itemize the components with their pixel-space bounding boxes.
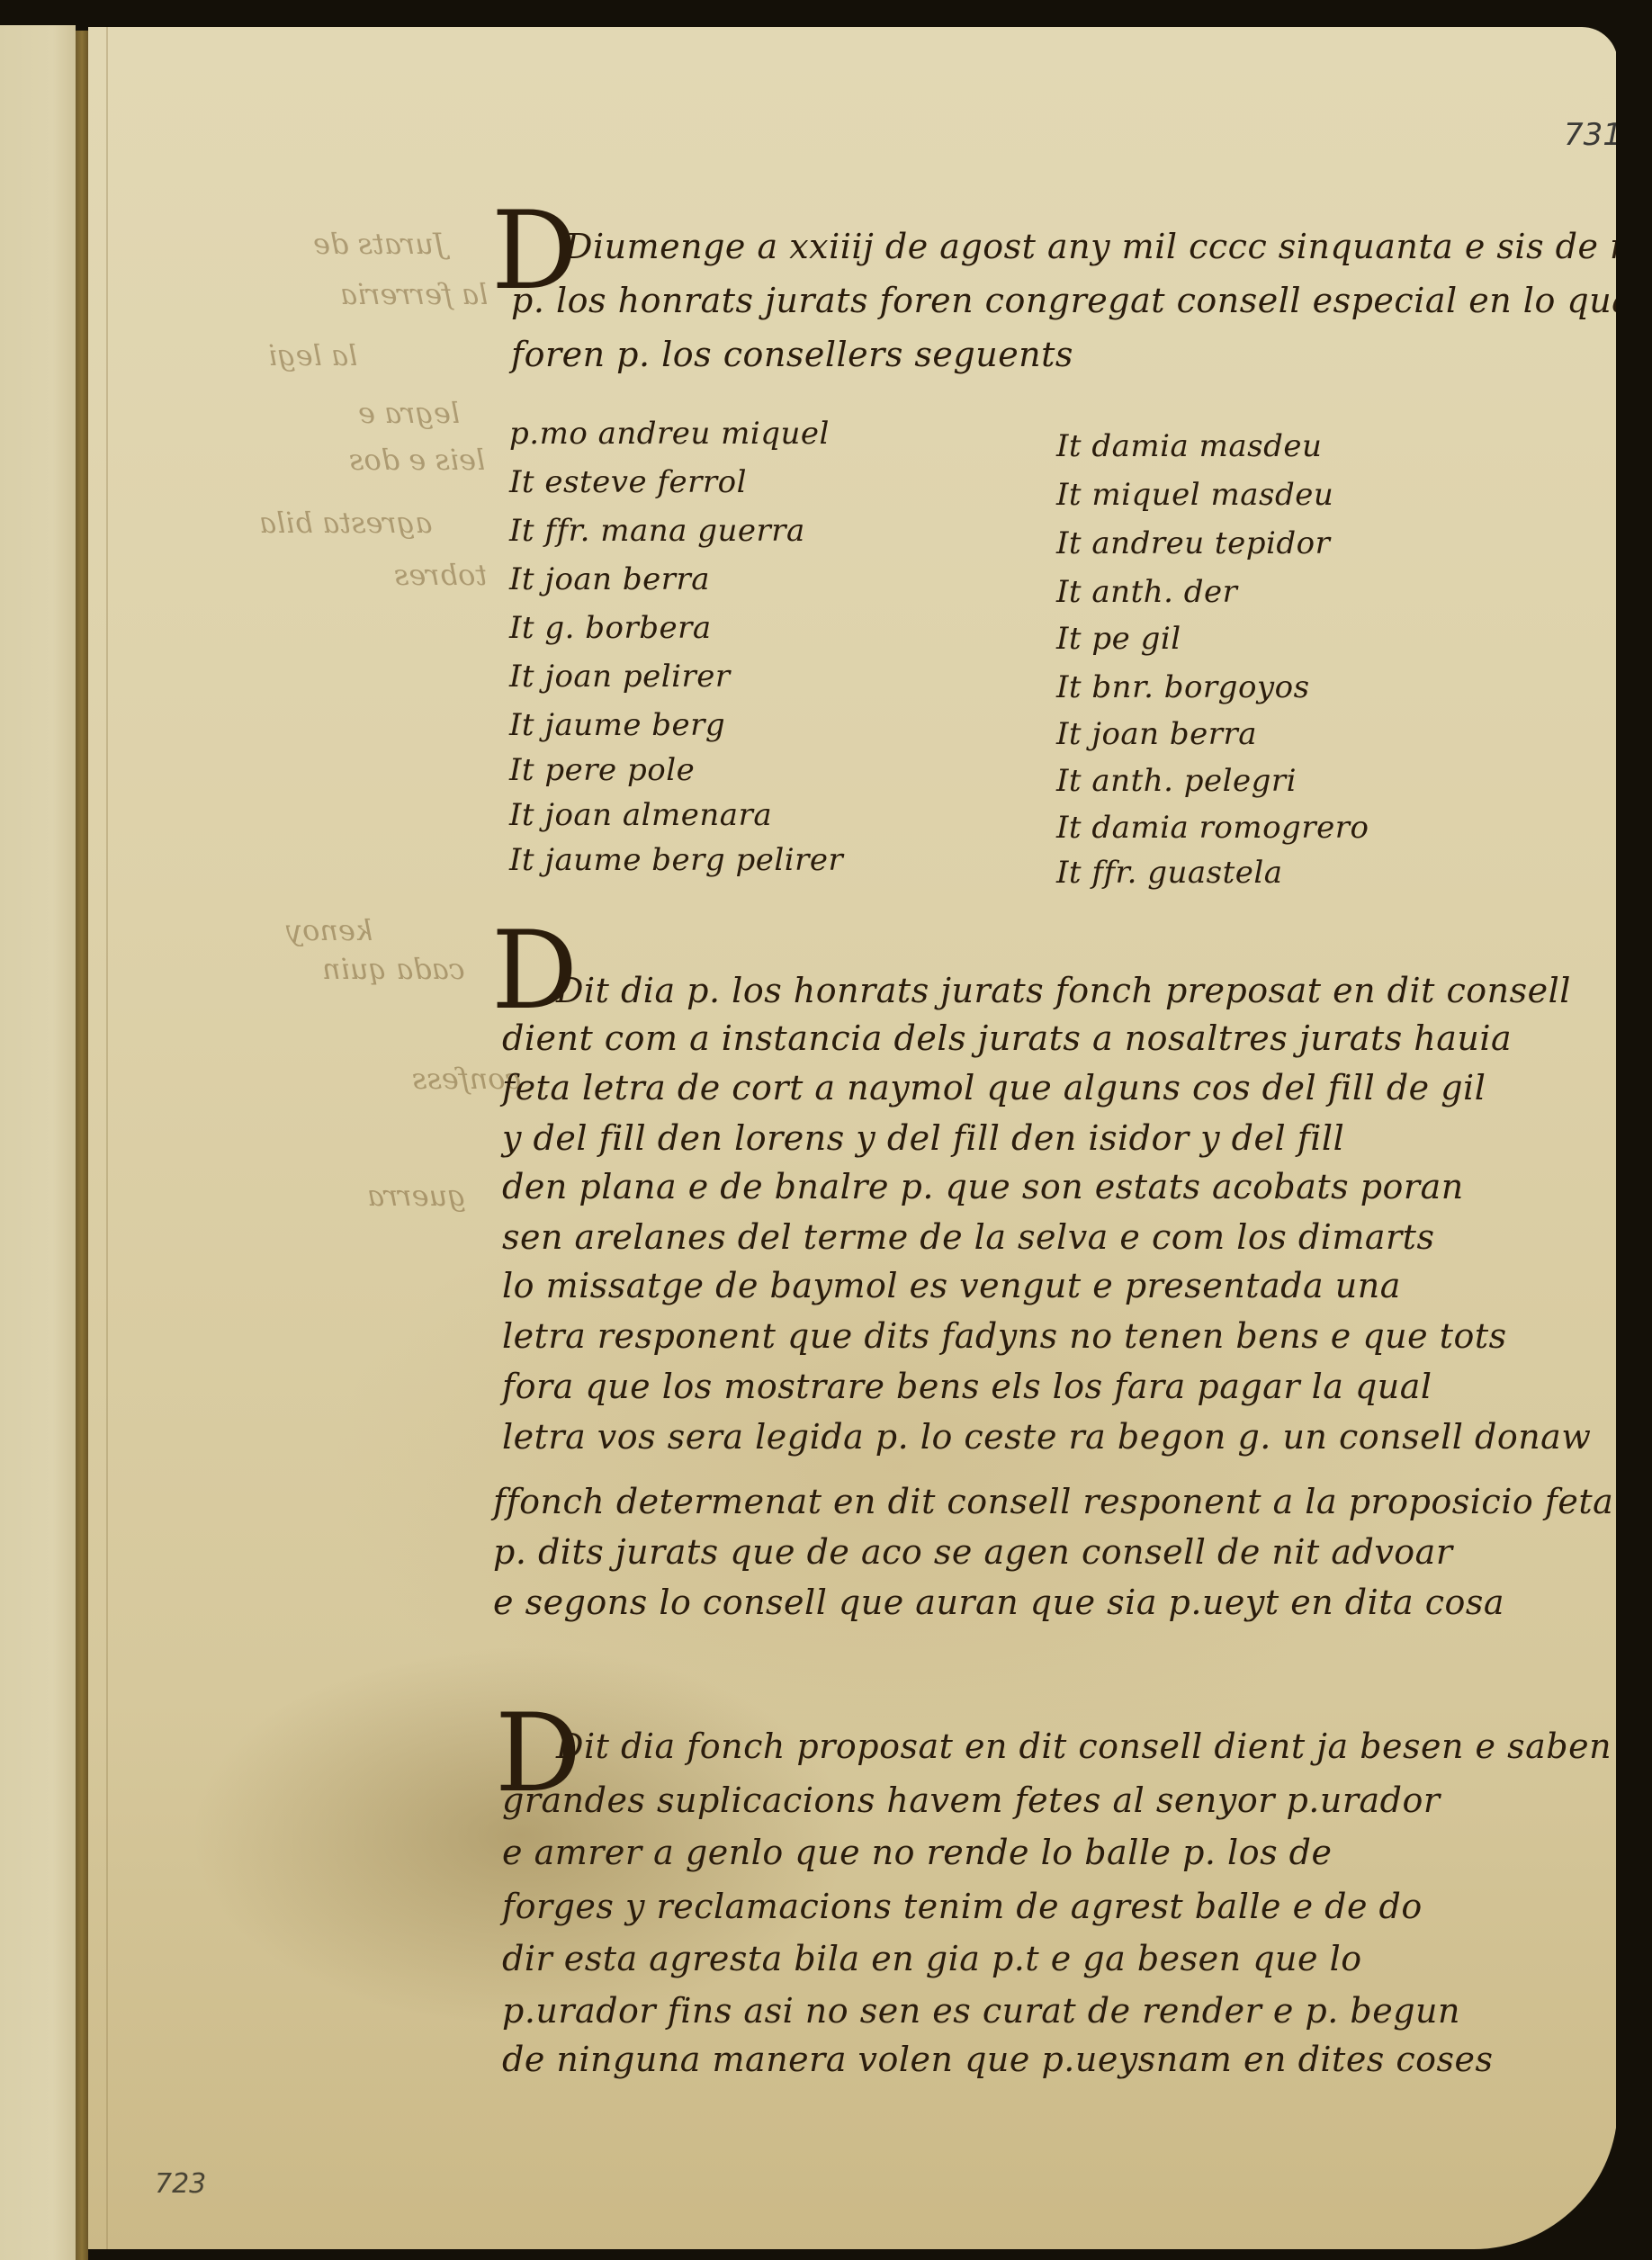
text-line: Diumenge a xxiiij de agost any mil cccc …: [565, 229, 1652, 264]
list-item: It joan berra: [1056, 716, 1257, 752]
facing-page-edge: [0, 25, 76, 2260]
bleed-line: agresta bila: [259, 506, 432, 540]
list-item: It joan almenara: [509, 797, 772, 833]
list-item: It joan berra: [509, 561, 710, 597]
binding-gutter: [76, 31, 88, 2260]
text-line: foren p. los consellers seguents: [511, 337, 1073, 372]
list-item: It g. borbera: [509, 610, 712, 646]
list-item: It joan pelirer: [509, 659, 731, 695]
bleed-line: la legi: [268, 338, 357, 372]
bleed-line: leis e dos: [349, 443, 485, 477]
list-item: It pere pole: [509, 752, 695, 788]
text-line: sen arelanes del terme de la selva e com…: [502, 1220, 1434, 1254]
bleed-line: cada quin: [322, 952, 465, 986]
bleed-line: la ferreria: [340, 277, 488, 311]
list-item: p.mo andreu miquel: [509, 416, 830, 452]
scan-edge: [1616, 0, 1652, 2260]
text-line: letra vos sera legida p. lo ceste ra beg…: [502, 1420, 1591, 1454]
list-item: It pe gil: [1056, 621, 1181, 657]
list-item: It miquel masdeu: [1056, 477, 1333, 513]
text-line: feta letra de cort a naymol que alguns c…: [502, 1071, 1486, 1105]
list-item: It andreu tepidor: [1056, 525, 1330, 561]
text-line: grandes suplicacions havem fetes al seny…: [502, 1783, 1441, 1817]
bleed-line: Jurats de: [313, 227, 445, 261]
list-item: It anth. pelegri: [1056, 763, 1297, 799]
text-line: Dit dia p. los honrats jurats fonch prep…: [556, 973, 1571, 1008]
text-line: den plana e de bnalre p. que son estats …: [502, 1170, 1464, 1204]
list-item: It jaume berg pelirer: [509, 842, 843, 878]
text-line: ffonch determenat en dit consell respone…: [493, 1484, 1613, 1519]
list-item: It damia masdeu: [1056, 428, 1322, 464]
text-line: lo missatge de baymol es vengut e presen…: [502, 1269, 1401, 1303]
text-line: fora que los mostrare bens els los fara …: [502, 1369, 1432, 1404]
bleed-line: legra e: [358, 396, 460, 430]
text-line: e amrer a genlo que no rende lo balle p.…: [502, 1835, 1332, 1870]
list-item: It damia romogrero: [1056, 810, 1369, 846]
text-line: y del fill den lorens y del fill den isi…: [502, 1121, 1344, 1155]
list-item: It ffr. guastela: [1056, 855, 1283, 891]
text-line: e segons lo consell que auran que sia p.…: [493, 1585, 1504, 1619]
text-line: p. dits jurats que de aco se agen consel…: [493, 1535, 1453, 1569]
text-line: de ninguna manera volen que p.ueysnam en…: [502, 2042, 1494, 2076]
list-item: It anth. der: [1056, 574, 1237, 610]
text-line: dient com a instancia dels jurats a nosa…: [502, 1021, 1512, 1055]
list-item: It ffr. mana guerra: [509, 513, 805, 549]
folio-number-top: 731: [1564, 117, 1622, 153]
list-item: It jaume berg: [509, 707, 725, 743]
text-line: forges y reclamacions tenim de agrest ba…: [502, 1889, 1423, 1924]
text-line: Dit dia fonch proposat en dit consell di…: [556, 1729, 1612, 1763]
text-line: dir esta agresta bila en gia p.t e ga be…: [502, 1942, 1362, 1976]
bleed-line: kenoy: [286, 913, 373, 947]
list-item: It bnr. borgoyos: [1056, 669, 1310, 705]
manuscript-page: 731 Jurats de la ferreria la legi legra …: [88, 27, 1618, 2249]
list-item: It esteve ferrol: [509, 464, 747, 500]
folio-number-bottom: 723: [155, 2168, 206, 2200]
text-line: p. los honrats jurats foren congregat co…: [511, 283, 1644, 318]
bleed-line: tobres: [394, 558, 487, 592]
text-line: p.urador fins asi no sen es curat de ren…: [502, 1994, 1460, 2028]
text-line: letra responent que dits fadyns no tenen…: [502, 1319, 1507, 1353]
bleed-line: guerra: [367, 1179, 466, 1213]
